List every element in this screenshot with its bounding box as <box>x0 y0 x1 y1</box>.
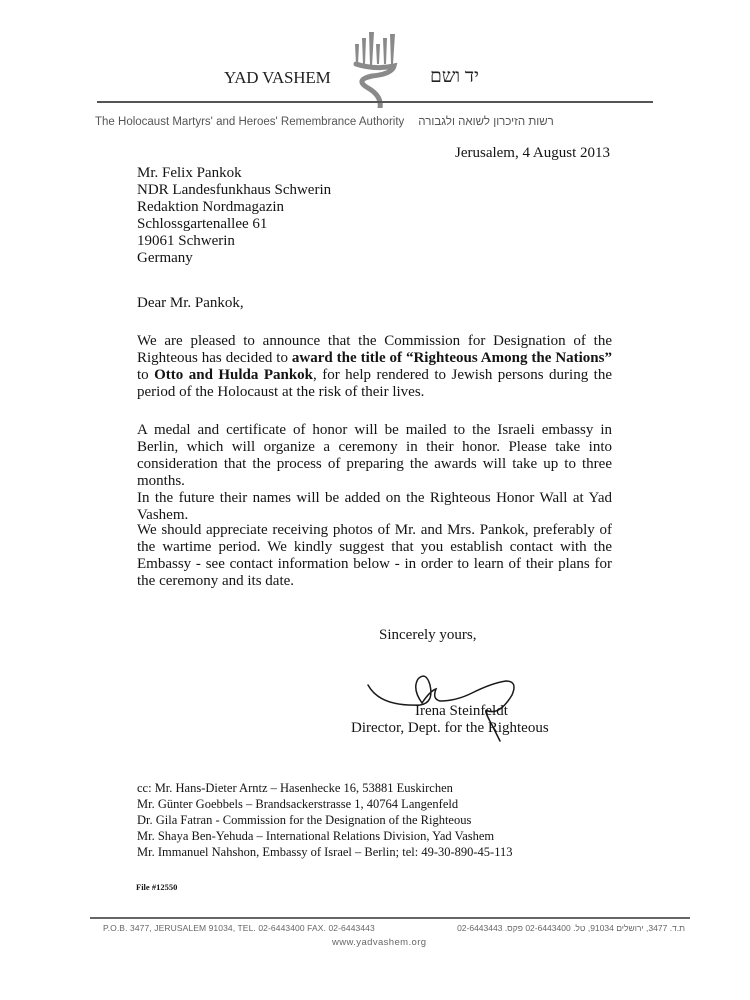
date-line: Jerusalem, 4 August 2013 <box>455 145 610 162</box>
body-text: In the future their names will be added … <box>137 490 612 524</box>
honorees-emphasis: Otto and Hulda Pankok <box>154 367 313 383</box>
footer-divider <box>90 917 690 919</box>
body-text: A medal and certificate of honor will be… <box>137 422 612 490</box>
cc-entry: cc: Mr. Hans-Dieter Arntz – Hasenhecke 1… <box>137 780 513 796</box>
letterhead-divider <box>97 101 653 103</box>
signer-name: Irena Steinfeldt <box>415 703 508 720</box>
address-line: Mr. Felix Pankok <box>137 165 331 182</box>
letterhead-tagline: The Holocaust Martyrs' and Heroes' Remem… <box>95 116 745 128</box>
body-paragraph-2: A medal and certificate of honor will be… <box>137 422 612 524</box>
address-line: NDR Landesfunkhaus Schwerin <box>137 182 331 199</box>
closing: Sincerely yours, <box>379 627 476 644</box>
award-title-emphasis: award the title of “Righteous Among the … <box>292 350 612 366</box>
recipient-address: Mr. Felix Pankok NDR Landesfunkhaus Schw… <box>137 165 331 267</box>
org-name-english: YAD VASHEM <box>224 68 330 88</box>
body-text: to <box>137 367 154 383</box>
cc-list: cc: Mr. Hans-Dieter Arntz – Hasenhecke 1… <box>137 780 513 860</box>
org-name-hebrew: יד ושם <box>430 66 479 88</box>
address-line: Schlossgartenallee 61 <box>137 216 331 233</box>
tagline-hebrew: רשות הזיכרון לשואה ולגבורה <box>418 116 554 128</box>
body-paragraph-1: We are pleased to announce that the Comm… <box>137 333 612 401</box>
menorah-flame-logo-icon <box>352 30 402 108</box>
address-line: Redaktion Nordmagazin <box>137 199 331 216</box>
cc-entry: Mr. Günter Goebbels – Brandsackerstrasse… <box>137 796 513 812</box>
file-reference: File #12550 <box>136 882 177 892</box>
cc-entry: Mr. Immanuel Nahshon, Embassy of Israel … <box>137 844 513 860</box>
address-line: 19061 Schwerin <box>137 233 331 250</box>
footer-address-hebrew: ת.ד. 3477, ירושלים 91034, טל. 02-6443400… <box>400 923 685 933</box>
address-line: Germany <box>137 250 331 267</box>
website-link[interactable]: www.yadvashem.org <box>332 937 426 948</box>
body-paragraph-3: We should appreciate receiving photos of… <box>137 522 612 590</box>
cc-entry: Dr. Gila Fatran - Commission for the Des… <box>137 812 513 828</box>
cc-entry: Mr. Shaya Ben-Yehuda – International Rel… <box>137 828 513 844</box>
tagline-english: The Holocaust Martyrs' and Heroes' Remem… <box>95 116 404 128</box>
footer-address-english: P.O.B. 3477, JERUSALEM 91034, TEL. 02-64… <box>103 923 375 933</box>
signer-title: Director, Dept. for the Righteous <box>351 720 549 737</box>
salutation: Dear Mr. Pankok, <box>137 295 244 312</box>
